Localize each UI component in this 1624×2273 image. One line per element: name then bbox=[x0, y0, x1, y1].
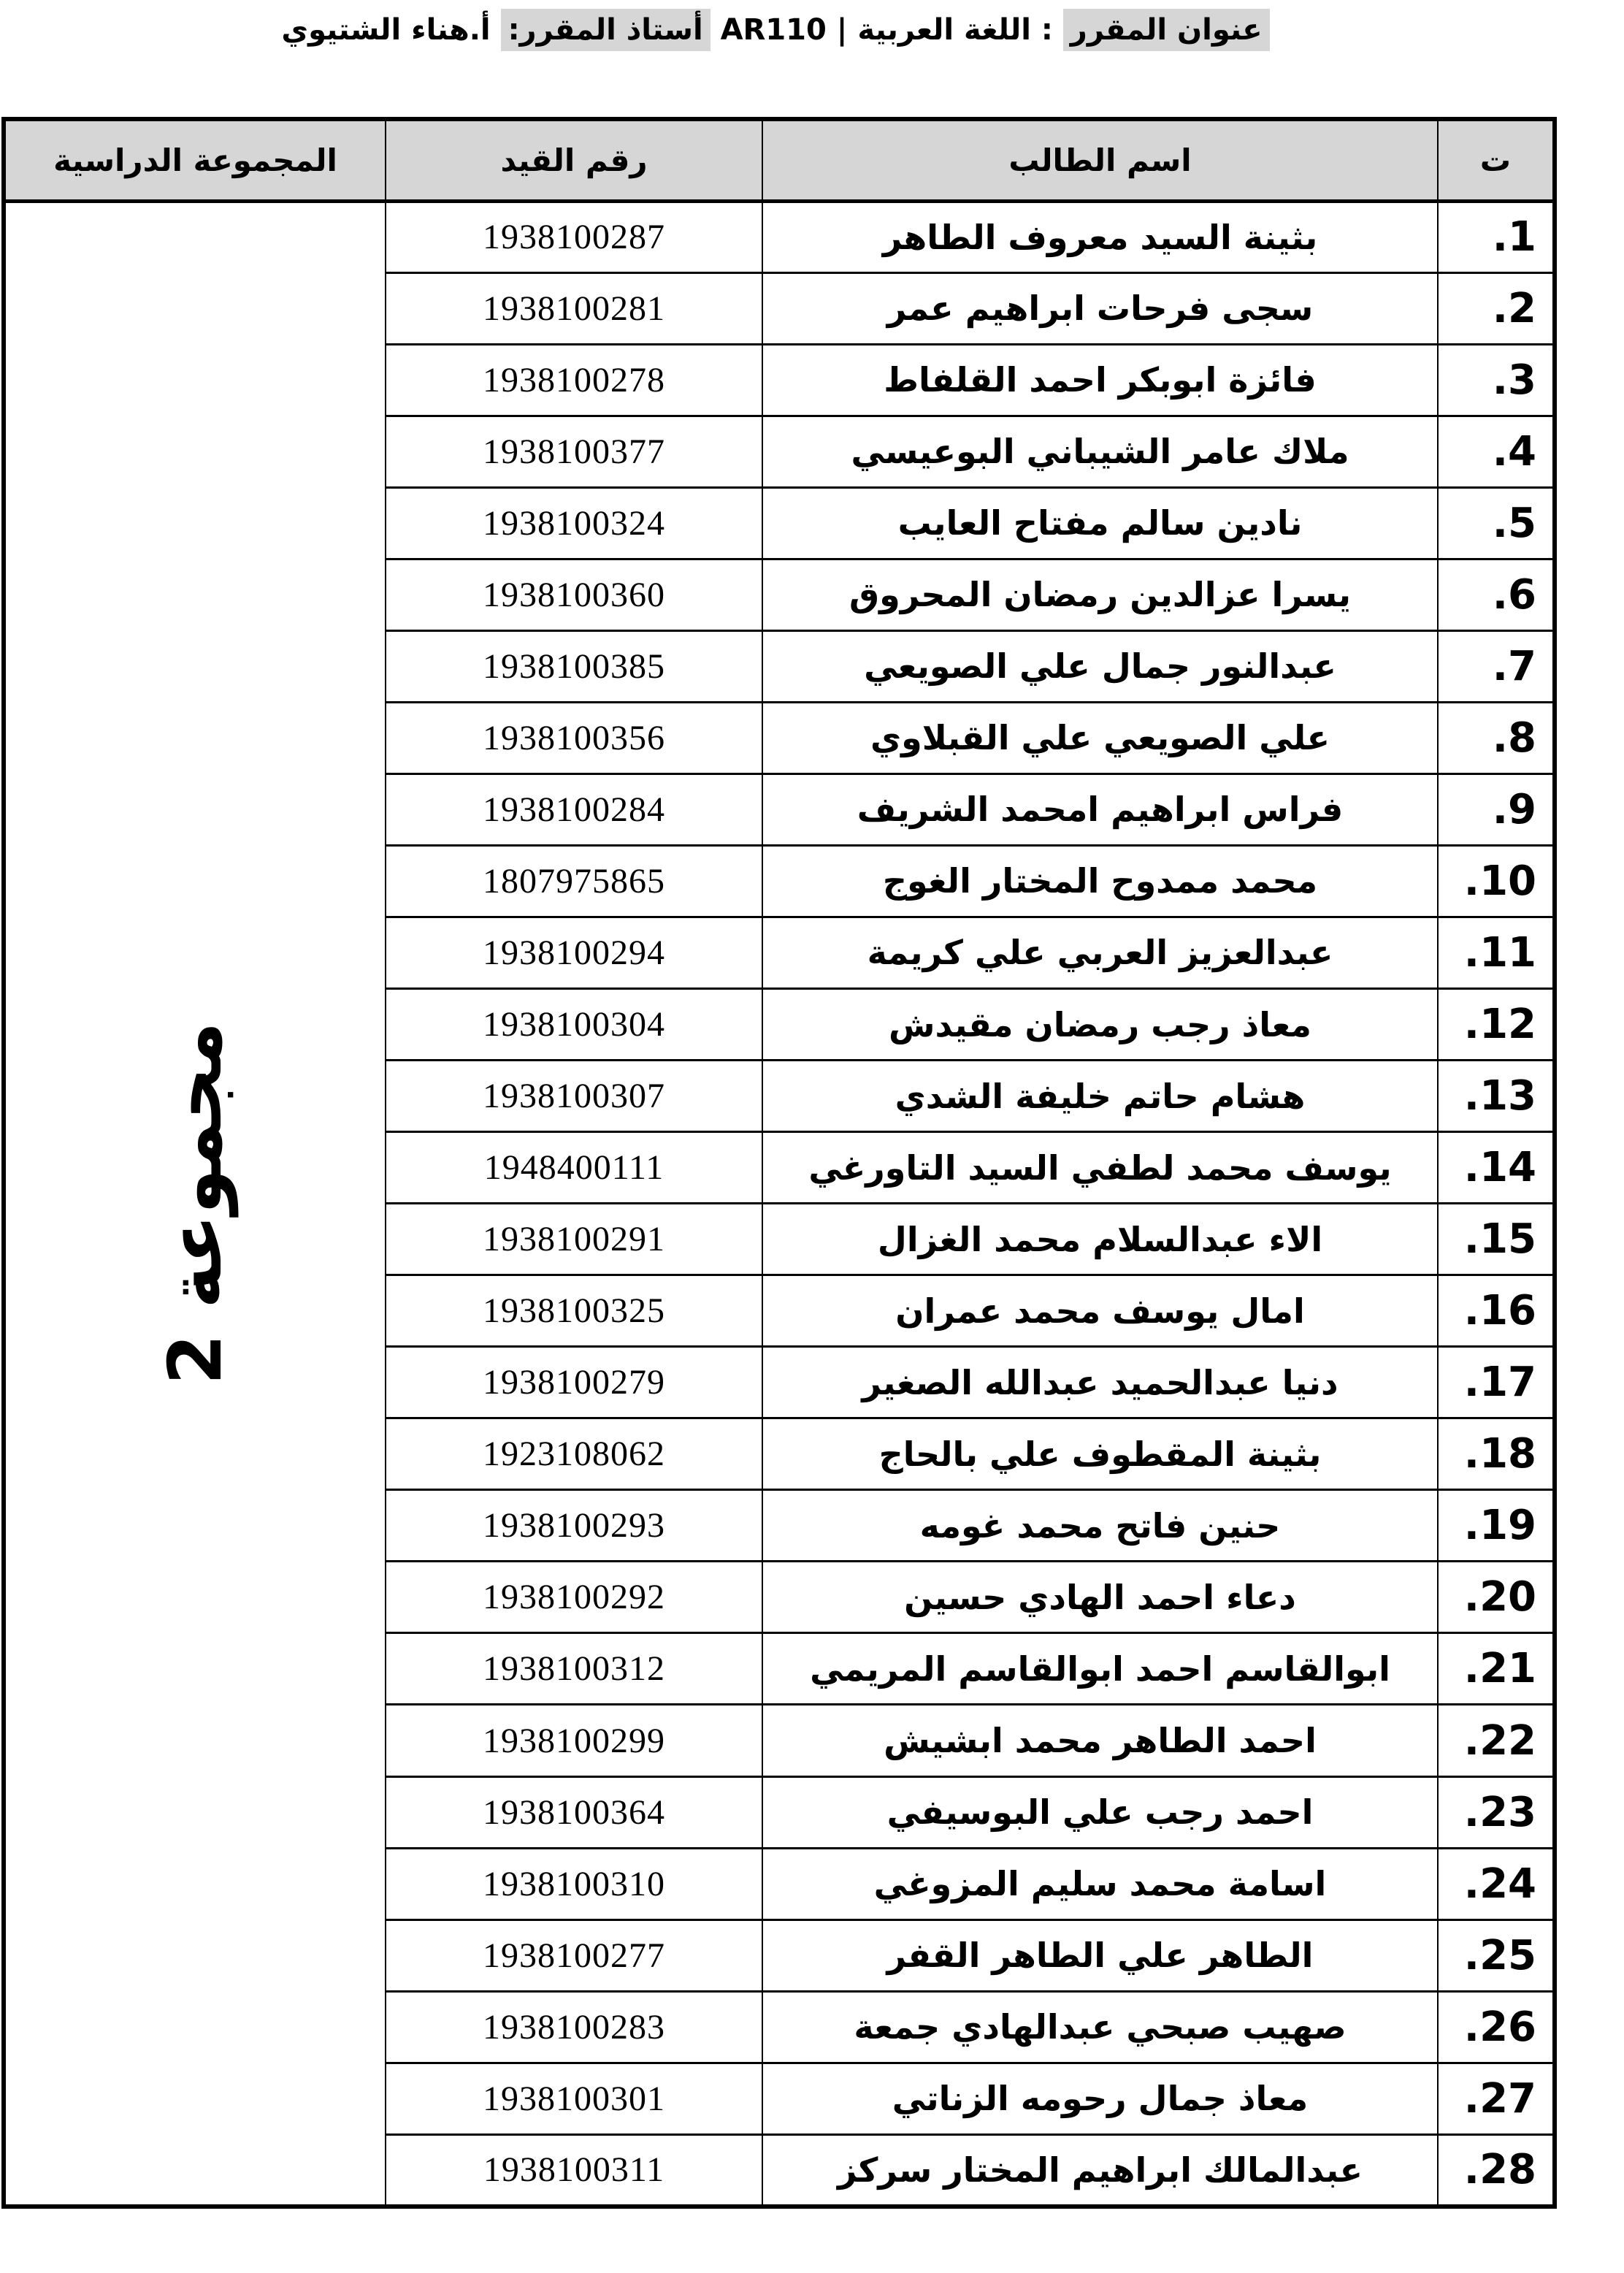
registration-number-cell: 1938100304 bbox=[386, 989, 762, 1061]
row-index-cell: 1. bbox=[1438, 201, 1555, 272]
row-index-cell: 15. bbox=[1438, 1204, 1555, 1275]
course-title-separator: : bbox=[1031, 13, 1053, 47]
student-name-cell: عبدالنور جمال علي الصويعي bbox=[762, 630, 1438, 702]
registration-number-cell: 1948400111 bbox=[386, 1132, 762, 1204]
row-index-cell: 8. bbox=[1438, 702, 1555, 773]
registration-number-cell: 1938100312 bbox=[386, 1633, 762, 1705]
student-name-cell: علي الصويعي علي القبلاوي bbox=[762, 702, 1438, 773]
student-name-cell: اسامة محمد سليم المزوغي bbox=[762, 1848, 1438, 1919]
registration-number-cell: 1938100310 bbox=[386, 1848, 762, 1919]
registration-number-cell: 1938100284 bbox=[386, 773, 762, 845]
student-name-cell: دنيا عبدالحميد عبدالله الصغير bbox=[762, 1347, 1438, 1418]
course-title-value: اللغة العربية | AR110 bbox=[721, 13, 1031, 47]
student-name-cell: بثينة المقطوف علي بالحاج bbox=[762, 1418, 1438, 1490]
row-index-cell: 27. bbox=[1438, 2063, 1555, 2134]
row-index-cell: 6. bbox=[1438, 559, 1555, 630]
row-index-cell: 7. bbox=[1438, 630, 1555, 702]
row-index-cell: 22. bbox=[1438, 1705, 1555, 1776]
document-title: عنوان المقرر : اللغة العربية | AR110 أست… bbox=[0, 0, 1551, 117]
registration-number-cell: 1938100281 bbox=[386, 272, 762, 344]
student-name-cell: نادين سالم مفتاح العايب bbox=[762, 487, 1438, 559]
registration-number-cell: 1938100279 bbox=[386, 1347, 762, 1418]
student-name-cell: ملاك عامر الشيباني البوعيسي bbox=[762, 416, 1438, 487]
student-name-cell: صهيب صبحي عبدالهادي جمعة bbox=[762, 1991, 1438, 2063]
students-table-body: 1.بثينة السيد معروف الطاهر1938100287مجمو… bbox=[4, 201, 1555, 2207]
student-name-cell: ابوالقاسم احمد ابوالقاسم المريمي bbox=[762, 1633, 1438, 1705]
table-header-row: ت اسم الطالب رقم القيد المجموعة الدراسية bbox=[4, 119, 1555, 201]
registration-number-cell: 1938100364 bbox=[386, 1776, 762, 1848]
student-name-cell: معاذ رجب رمضان مقيدش bbox=[762, 989, 1438, 1061]
row-index-cell: 10. bbox=[1438, 845, 1555, 917]
student-name-cell: هشام حاتم خليفة الشدي bbox=[762, 1061, 1438, 1132]
row-index-cell: 12. bbox=[1438, 989, 1555, 1061]
row-index-cell: 2. bbox=[1438, 272, 1555, 344]
course-title-label: عنوان المقرر bbox=[1063, 9, 1270, 51]
student-name-cell: احمد رجب علي البوسيفي bbox=[762, 1776, 1438, 1848]
student-name-cell: سجى فرحات ابراهيم عمر bbox=[762, 272, 1438, 344]
row-index-cell: 17. bbox=[1438, 1347, 1555, 1418]
registration-number-cell: 1938100377 bbox=[386, 416, 762, 487]
row-index-cell: 9. bbox=[1438, 773, 1555, 845]
student-name-cell: فائزة ابوبكر احمد القلفاط bbox=[762, 344, 1438, 416]
row-index-cell: 21. bbox=[1438, 1633, 1555, 1705]
student-name-cell: عبدالعزيز العربي علي كريمة bbox=[762, 917, 1438, 988]
students-table: ت اسم الطالب رقم القيد المجموعة الدراسية… bbox=[1, 117, 1557, 2209]
row-index-cell: 28. bbox=[1438, 2134, 1555, 2206]
registration-number-cell: 1938100299 bbox=[386, 1705, 762, 1776]
student-row: 1.بثينة السيد معروف الطاهر1938100287مجمو… bbox=[4, 201, 1555, 272]
registration-number-cell: 1938100325 bbox=[386, 1275, 762, 1347]
row-index-cell: 25. bbox=[1438, 1919, 1555, 1991]
registration-number-cell: 1923108062 bbox=[386, 1418, 762, 1490]
row-index-cell: 19. bbox=[1438, 1490, 1555, 1562]
student-name-cell: بثينة السيد معروف الطاهر bbox=[762, 201, 1438, 272]
registration-number-cell: 1938100277 bbox=[386, 1919, 762, 1991]
registration-number-cell: 1938100307 bbox=[386, 1061, 762, 1132]
registration-number-cell: 1938100292 bbox=[386, 1562, 762, 1633]
study-group-label: مجموعة 2 bbox=[153, 1022, 238, 1385]
registration-number-cell: 1938100278 bbox=[386, 344, 762, 416]
student-name-cell: امال يوسف محمد عمران bbox=[762, 1275, 1438, 1347]
row-index-cell: 26. bbox=[1438, 1991, 1555, 2063]
group-label-wrap: مجموعة 2 bbox=[6, 203, 385, 2204]
instructor-value: أ.هناء الشتيوي bbox=[281, 13, 490, 47]
column-header-student-name: اسم الطالب bbox=[762, 119, 1438, 201]
row-index-cell: 3. bbox=[1438, 344, 1555, 416]
student-name-cell: الاء عبدالسلام محمد الغزال bbox=[762, 1204, 1438, 1275]
study-group-cell: مجموعة 2 bbox=[4, 201, 386, 2207]
registration-number-cell: 1807975865 bbox=[386, 845, 762, 917]
student-name-cell: الطاهر علي الطاهر القفر bbox=[762, 1919, 1438, 1991]
registration-number-cell: 1938100301 bbox=[386, 2063, 762, 2134]
registration-number-cell: 1938100283 bbox=[386, 1991, 762, 2063]
registration-number-cell: 1938100291 bbox=[386, 1204, 762, 1275]
student-name-cell: محمد ممدوح المختار الغوج bbox=[762, 845, 1438, 917]
column-header-study-group: المجموعة الدراسية bbox=[4, 119, 386, 201]
row-index-cell: 5. bbox=[1438, 487, 1555, 559]
row-index-cell: 13. bbox=[1438, 1061, 1555, 1132]
row-index-cell: 23. bbox=[1438, 1776, 1555, 1848]
row-index-cell: 18. bbox=[1438, 1418, 1555, 1490]
registration-number-cell: 1938100287 bbox=[386, 201, 762, 272]
student-name-cell: يسرا عزالدين رمضان المحروق bbox=[762, 559, 1438, 630]
row-index-cell: 20. bbox=[1438, 1562, 1555, 1633]
student-name-cell: معاذ جمال رحومه الزناتي bbox=[762, 2063, 1438, 2134]
registration-number-cell: 1938100293 bbox=[386, 1490, 762, 1562]
column-header-index: ت bbox=[1438, 119, 1555, 201]
row-index-cell: 16. bbox=[1438, 1275, 1555, 1347]
registration-number-cell: 1938100311 bbox=[386, 2134, 762, 2206]
row-index-cell: 4. bbox=[1438, 416, 1555, 487]
registration-number-cell: 1938100294 bbox=[386, 917, 762, 988]
student-name-cell: دعاء احمد الهادي حسين bbox=[762, 1562, 1438, 1633]
row-index-cell: 11. bbox=[1438, 917, 1555, 988]
column-header-registration-number: رقم القيد bbox=[386, 119, 762, 201]
registration-number-cell: 1938100324 bbox=[386, 487, 762, 559]
student-name-cell: عبدالمالك ابراهيم المختار سركز bbox=[762, 2134, 1438, 2206]
student-name-cell: يوسف محمد لطفي السيد التاورغي bbox=[762, 1132, 1438, 1204]
row-index-cell: 24. bbox=[1438, 1848, 1555, 1919]
registration-number-cell: 1938100356 bbox=[386, 702, 762, 773]
registration-number-cell: 1938100385 bbox=[386, 630, 762, 702]
registration-number-cell: 1938100360 bbox=[386, 559, 762, 630]
instructor-label: أستاذ المقرر: bbox=[501, 9, 710, 51]
student-name-cell: حنين فاتح محمد غومه bbox=[762, 1490, 1438, 1562]
student-name-cell: فراس ابراهيم امحمد الشريف bbox=[762, 773, 1438, 845]
student-name-cell: احمد الطاهر محمد ابشيش bbox=[762, 1705, 1438, 1776]
row-index-cell: 14. bbox=[1438, 1132, 1555, 1204]
